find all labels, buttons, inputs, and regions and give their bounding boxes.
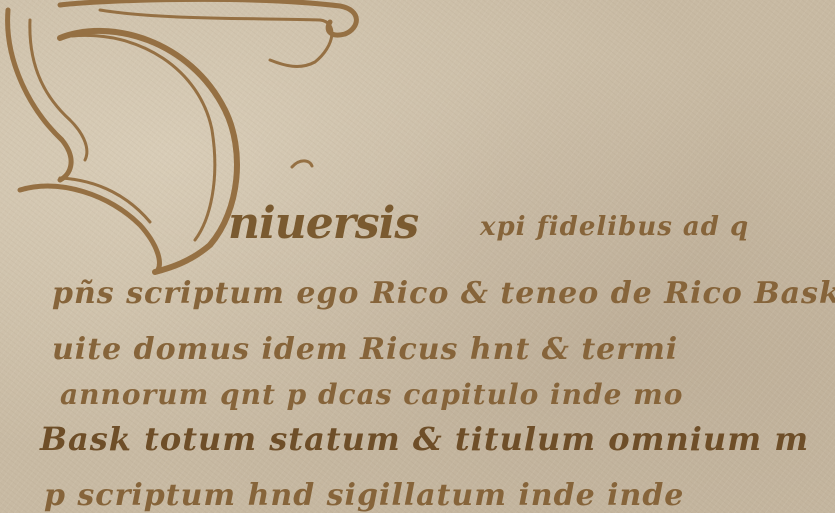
- line-2: pñs scriptum ego Rico & teneo de Rico Ba…: [52, 276, 835, 311]
- line-1-rest: xpi fidelibus ad q: [480, 212, 749, 242]
- decorated-initial-u: [0, 0, 420, 300]
- manuscript-page: niuersis xpi fidelibus ad q pñs scriptum…: [0, 0, 835, 513]
- opening-word: niuersis: [228, 198, 418, 249]
- line-3: uite domus idem Ricus hnt & termi: [52, 332, 678, 367]
- line-4: annorum qnt p dcas capitulo inde mo: [60, 378, 683, 411]
- line-5: Bask totum statum & titulum omnium m: [40, 420, 809, 458]
- line-6: p scriptum hnd sigillatum inde inde: [44, 478, 684, 513]
